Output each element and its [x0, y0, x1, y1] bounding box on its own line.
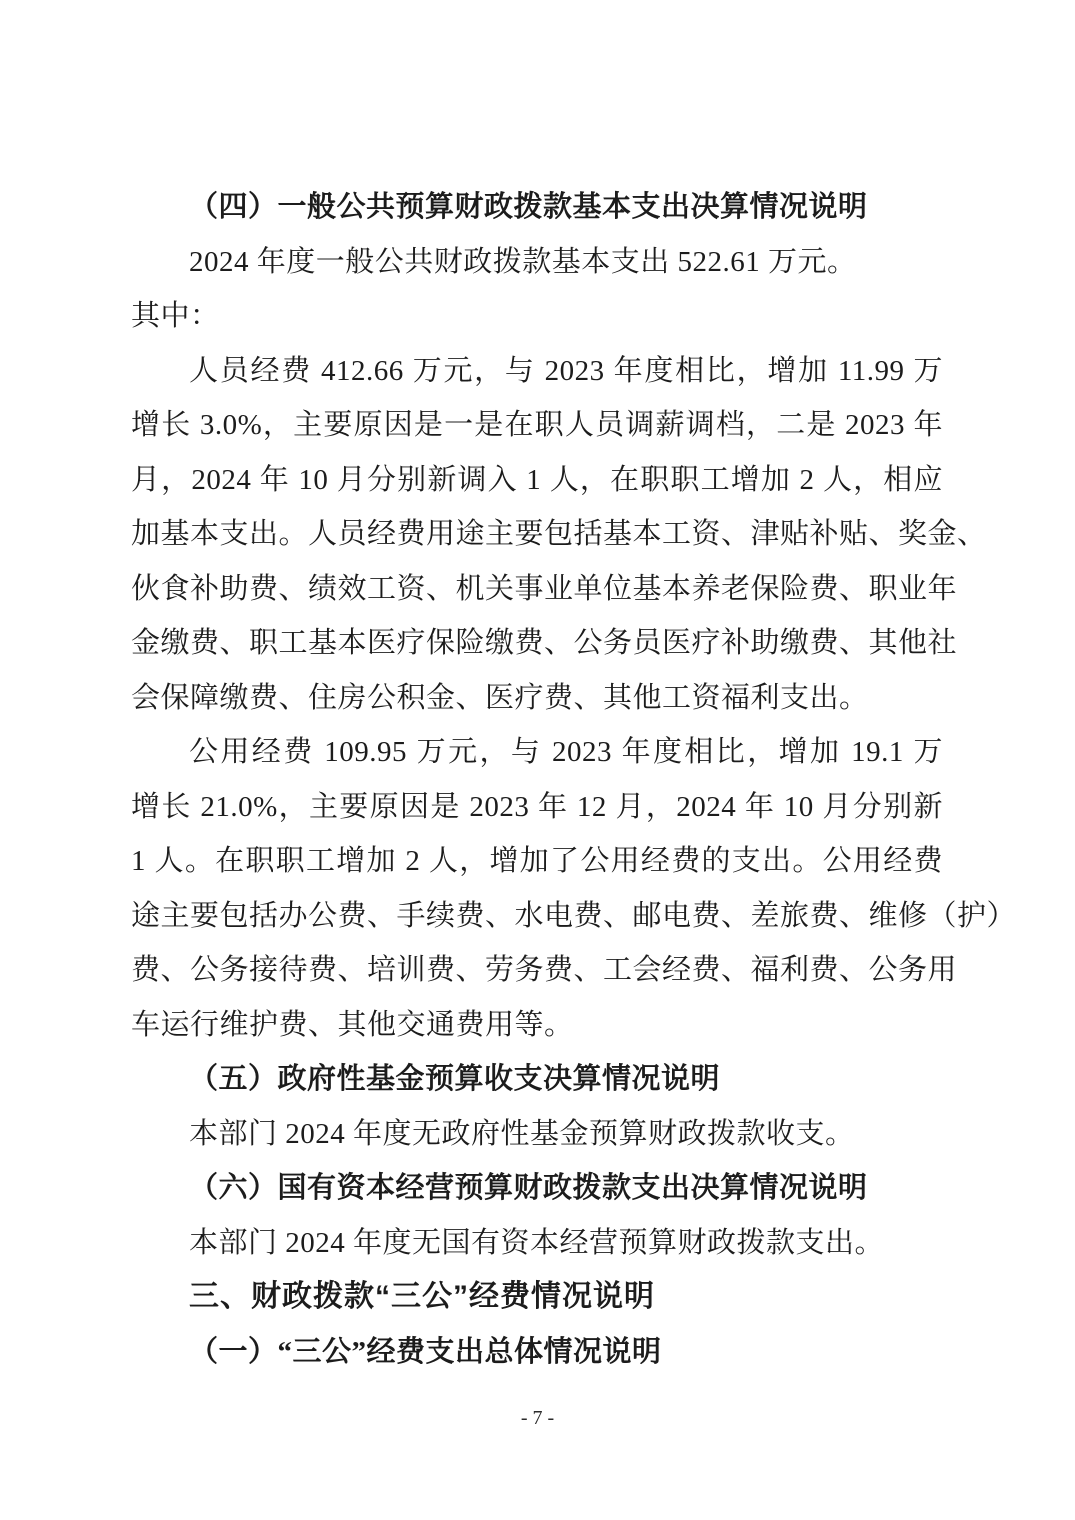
body-text-line: 加基本支出。人员经费用途主要包括基本工资、津贴补贴、奖金、 [131, 507, 943, 562]
subsection-heading: （四）一般公共预算财政拨款基本支出决算情况说明 [131, 180, 943, 235]
body-text-line: 会保障缴费、住房公积金、医疗费、其他工资福利支出。 [131, 671, 943, 726]
body-text-line: 金缴费、职工基本医疗保险缴费、公务员医疗补助缴费、其他社 [131, 616, 943, 671]
body-text-line: 1 人。在职职工增加 2 人，增加了公用经费的支出。公用经费用 [131, 834, 943, 889]
subsection-heading: （一）“三公”经费支出总体情况说明 [131, 1325, 943, 1380]
subsection-heading: （五）政府性基金预算收支决算情况说明 [131, 1052, 943, 1107]
body-text-line: 公用经费 109.95 万元，与 2023 年度相比，增加 19.1 万元， [131, 725, 943, 780]
body-text-line: 增长 3.0%，主要原因是一是在职人员调薪调档，二是 2023 年 12 [131, 398, 943, 453]
body-text-line: 本部门 2024 年度无国有资本经营预算财政拨款支出。 [131, 1216, 943, 1271]
body-text-line: 车运行维护费、其他交通费用等。 [131, 998, 943, 1053]
document-body: （四）一般公共预算财政拨款基本支出决算情况说明2024 年度一般公共财政拨款基本… [131, 180, 943, 1379]
body-text-line: 2024 年度一般公共财政拨款基本支出 522.61 万元。 [131, 235, 943, 290]
body-text-line: 增长 21.0%，主要原因是 2023 年 12 月，2024 年 10 月分别… [131, 780, 943, 835]
body-text-line: 月，2024 年 10 月分别新调入 1 人，在职职工增加 2 人，相应增 [131, 453, 943, 508]
section-heading: 三、财政拨款“三公”经费情况说明 [131, 1270, 943, 1325]
body-text-line: 其中： [131, 289, 943, 344]
page-number: - 7 - [0, 1403, 1075, 1433]
body-text-line: 费、公务接待费、培训费、劳务费、工会经费、福利费、公务用 [131, 943, 943, 998]
body-text-line: 本部门 2024 年度无政府性基金预算财政拨款收支。 [131, 1107, 943, 1162]
subsection-heading: （六）国有资本经营预算财政拨款支出决算情况说明 [131, 1161, 943, 1216]
body-text-line: 伙食补助费、绩效工资、机关事业单位基本养老保险费、职业年 [131, 562, 943, 617]
document-page: （四）一般公共预算财政拨款基本支出决算情况说明2024 年度一般公共财政拨款基本… [0, 0, 1075, 1520]
body-text-line: 途主要包括办公费、手续费、水电费、邮电费、差旅费、维修（护） [131, 889, 943, 944]
body-text-line: 人员经费 412.66 万元，与 2023 年度相比，增加 11.99 万元， [131, 344, 943, 399]
